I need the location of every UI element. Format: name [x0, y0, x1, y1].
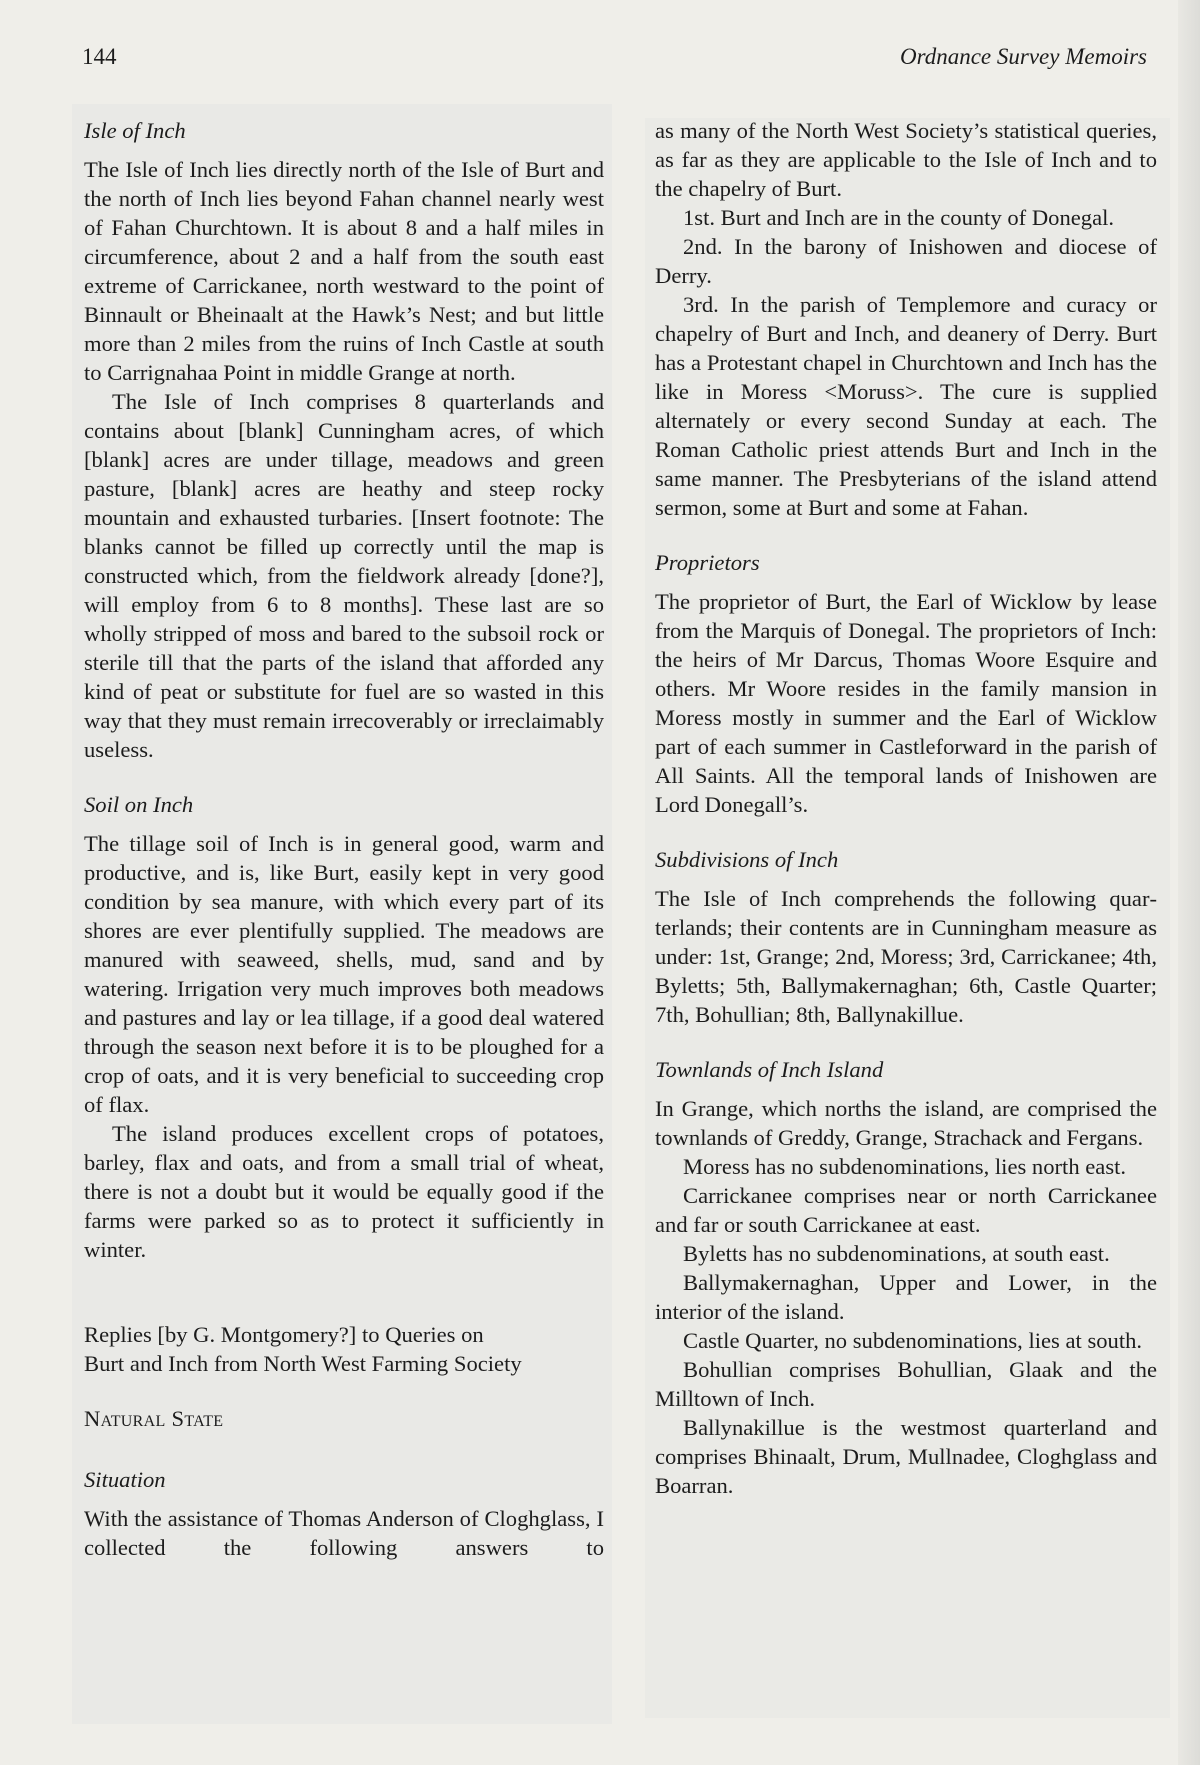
paragraph: Moress has no subdenominations, lies nor… — [655, 1152, 1157, 1181]
section-subdivisions-of-inch: Subdivisions of Inch The Isle of Inch co… — [655, 845, 1157, 1029]
paragraph: The proprietor of Burt, the Earl of Wick… — [655, 587, 1157, 819]
paragraph: as many of the North West Society’s stat… — [655, 116, 1157, 203]
paragraph: Byletts has no subdenominations, at sout… — [655, 1239, 1157, 1268]
section-heading: Isle of Inch — [84, 116, 604, 145]
paragraph: Bohullian comprises Bohullian, Glaak and… — [655, 1355, 1157, 1413]
section-heading: Soil on Inch — [84, 790, 604, 819]
section-isle-of-inch: Isle of Inch The Isle of Inch lies direc… — [84, 116, 604, 764]
paragraph: Ballynakillue is the westmost quarterlan… — [655, 1413, 1157, 1500]
section-soil-on-inch: Soil on Inch The tillage soil of Inch is… — [84, 790, 604, 1264]
page-edge-shadow — [1178, 0, 1200, 1765]
chapter-title-line-1: Replies [by G. Montgomery?] to Queries o… — [84, 1320, 604, 1349]
chapter-title-line-2: Burt and Inch from North West Farming So… — [84, 1349, 604, 1378]
paragraph: The Isle of Inch lies directly north of … — [84, 155, 604, 387]
paragraph: Carrickanee comprises near or north Carr… — [655, 1181, 1157, 1239]
right-column: as many of the North West Society’s stat… — [655, 116, 1157, 1500]
paragraph: The tillage soil of Inch is in general g… — [84, 829, 604, 1119]
paragraph: Castle Quarter, no subdenominations, lie… — [655, 1326, 1157, 1355]
section-proprietors: Proprietors The proprietor of Burt, the … — [655, 548, 1157, 819]
section-heading: Subdivisions of Inch — [655, 845, 1157, 874]
section-situation: Situation With the assistance of Thomas … — [84, 1465, 604, 1562]
section-replies-title: Replies [by G. Montgomery?] to Queries o… — [84, 1320, 604, 1378]
section-heading: Situation — [84, 1465, 604, 1494]
subchapter-heading-natural-state: Natural State — [84, 1404, 604, 1433]
left-column: Isle of Inch The Isle of Inch lies direc… — [84, 116, 604, 1562]
paragraph: Ballymakernaghan, Upper and Lower, in th… — [655, 1268, 1157, 1326]
section-situation-continued: as many of the North West Society’s stat… — [655, 116, 1157, 522]
paragraph: 1st. Burt and Inch are in the county of … — [655, 203, 1157, 232]
running-header: 144 Ordnance Survey Memoirs — [82, 44, 1147, 74]
book-page: 144 Ordnance Survey Memoirs Isle of Inch… — [0, 0, 1200, 1765]
section-heading: Proprietors — [655, 548, 1157, 577]
paragraph: The island produces excellent crops of p… — [84, 1119, 604, 1264]
paragraph: 2nd. In the barony of Inishowen and dioc… — [655, 232, 1157, 290]
page-number: 144 — [82, 44, 117, 70]
paragraph: In Grange, which norths the island, are … — [655, 1094, 1157, 1152]
paragraph: With the assistance of Thomas Anderson o… — [84, 1504, 604, 1562]
paragraph: The Isle of Inch comprehends the followi… — [655, 884, 1157, 1029]
running-title: Ordnance Survey Memoirs — [900, 44, 1147, 70]
section-townlands-of-inch-island: Townlands of Inch Island In Grange, whic… — [655, 1055, 1157, 1500]
paragraph: 3rd. In the parish of Templemore and cur… — [655, 290, 1157, 522]
section-heading: Townlands of Inch Island — [655, 1055, 1157, 1084]
paragraph: The Isle of Inch comprises 8 quarterland… — [84, 387, 604, 764]
